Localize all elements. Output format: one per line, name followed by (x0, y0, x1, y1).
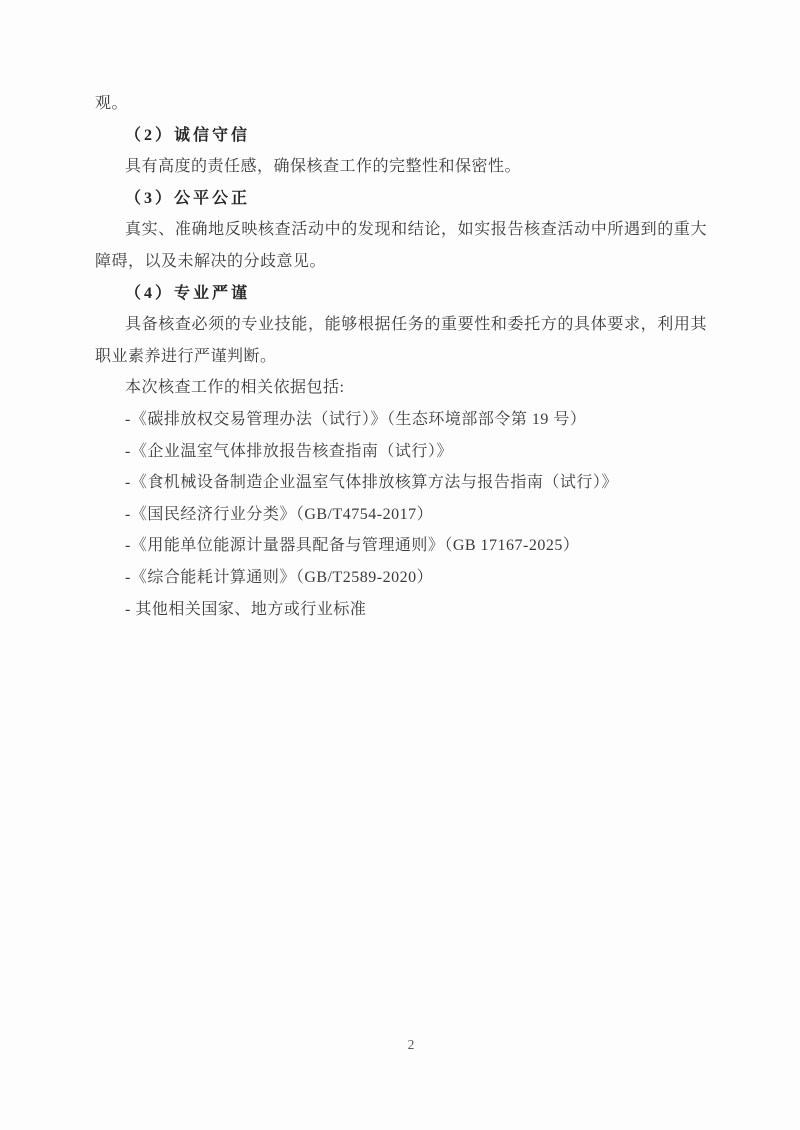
list-item-reference-6: -《综合能耗计算通则》（GB/T2589-2020） (95, 562, 707, 594)
paragraph-list-intro: 本次核查工作的相关依据包括: (95, 372, 707, 404)
page-content: 观。 （2）诚信守信 具有高度的责任感，确保核查工作的完整性和保密性。 （3）公… (0, 0, 800, 625)
section-heading-2: （2）诚信守信 (95, 120, 707, 152)
section-heading-3: （3）公平公正 (95, 183, 707, 215)
section-heading-4: （4）专业严谨 (95, 278, 707, 310)
paragraph: 具有高度的责任感，确保核查工作的完整性和保密性。 (95, 151, 707, 183)
list-item-reference-5: -《用能单位能源计量器具配备与管理通则》（GB 17167-2025） (95, 530, 707, 562)
list-item-reference-4: -《国民经济行业分类》（GB/T4754-2017） (95, 499, 707, 531)
paragraph: 真实、准确地反映核查活动中的发现和结论，如实报告核查活动中所遇到的重大障碍，以及… (95, 214, 707, 277)
page-number: 2 (11, 1036, 800, 1054)
list-item-reference-3: -《食机械设备制造企业温室气体排放核算方法与报告指南（试行）》 (95, 467, 707, 499)
document-page: 观。 （2）诚信守信 具有高度的责任感，确保核查工作的完整性和保密性。 （3）公… (0, 0, 800, 1130)
list-item-reference-1: -《碳排放权交易管理办法（试行）》（生态环境部部令第 19 号） (95, 404, 707, 436)
list-item-reference-2: -《企业温室气体排放报告核查指南（试行）》 (95, 436, 707, 468)
paragraph: 具备核查必须的专业技能，能够根据任务的重要性和委托方的具体要求，利用其职业素养进… (95, 309, 707, 372)
list-item-reference-7: - 其他相关国家、地方或行业标准 (95, 594, 707, 626)
paragraph-continued: 观。 (95, 88, 707, 120)
